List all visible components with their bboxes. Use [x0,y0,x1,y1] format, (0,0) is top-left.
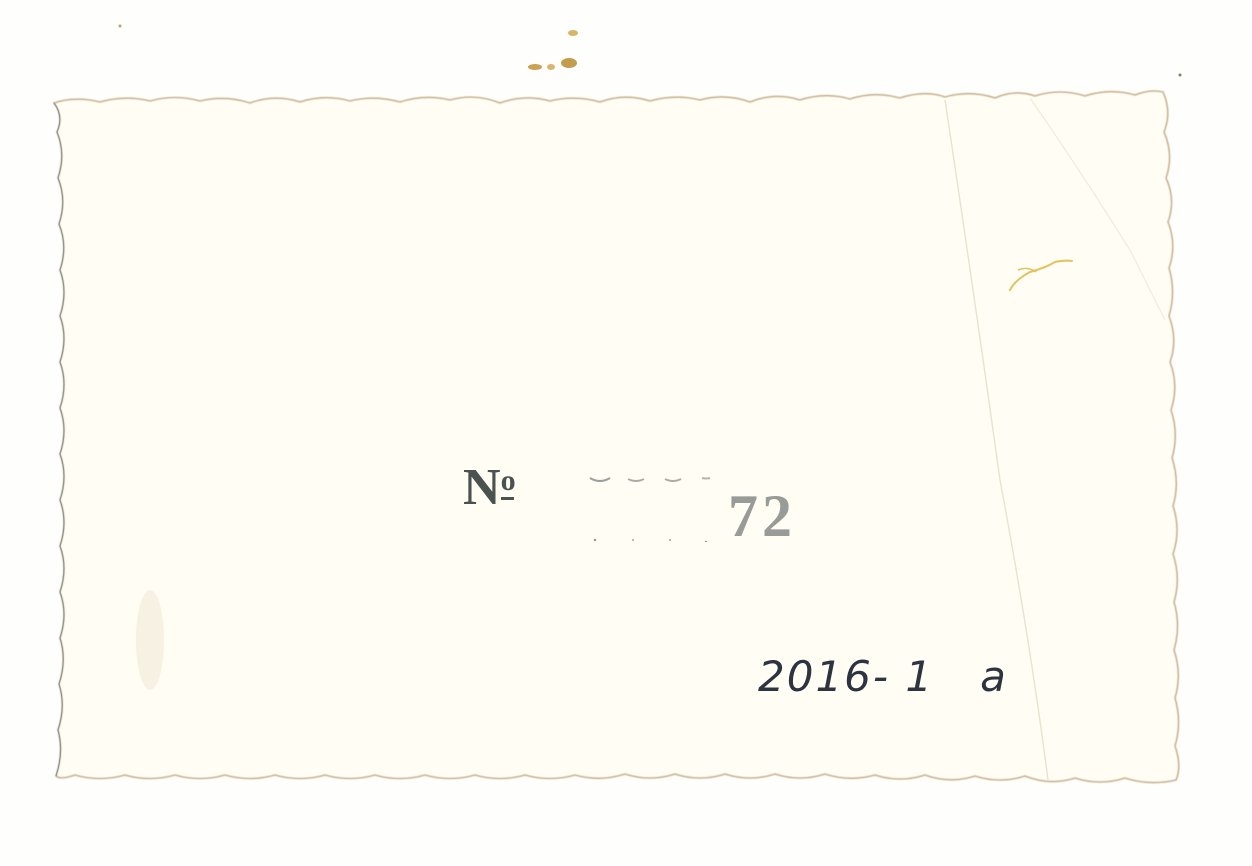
redacted-stamp-digits [588,470,728,542]
stamp-visible-digits: 72 [728,486,796,546]
scanned-card-page: No 72 2016- 1 a [0,0,1252,866]
card-outline [0,0,1252,866]
stamp-number-sign: No [463,462,514,514]
handwritten-catalog-number: 2016- 1 a [758,656,1008,698]
